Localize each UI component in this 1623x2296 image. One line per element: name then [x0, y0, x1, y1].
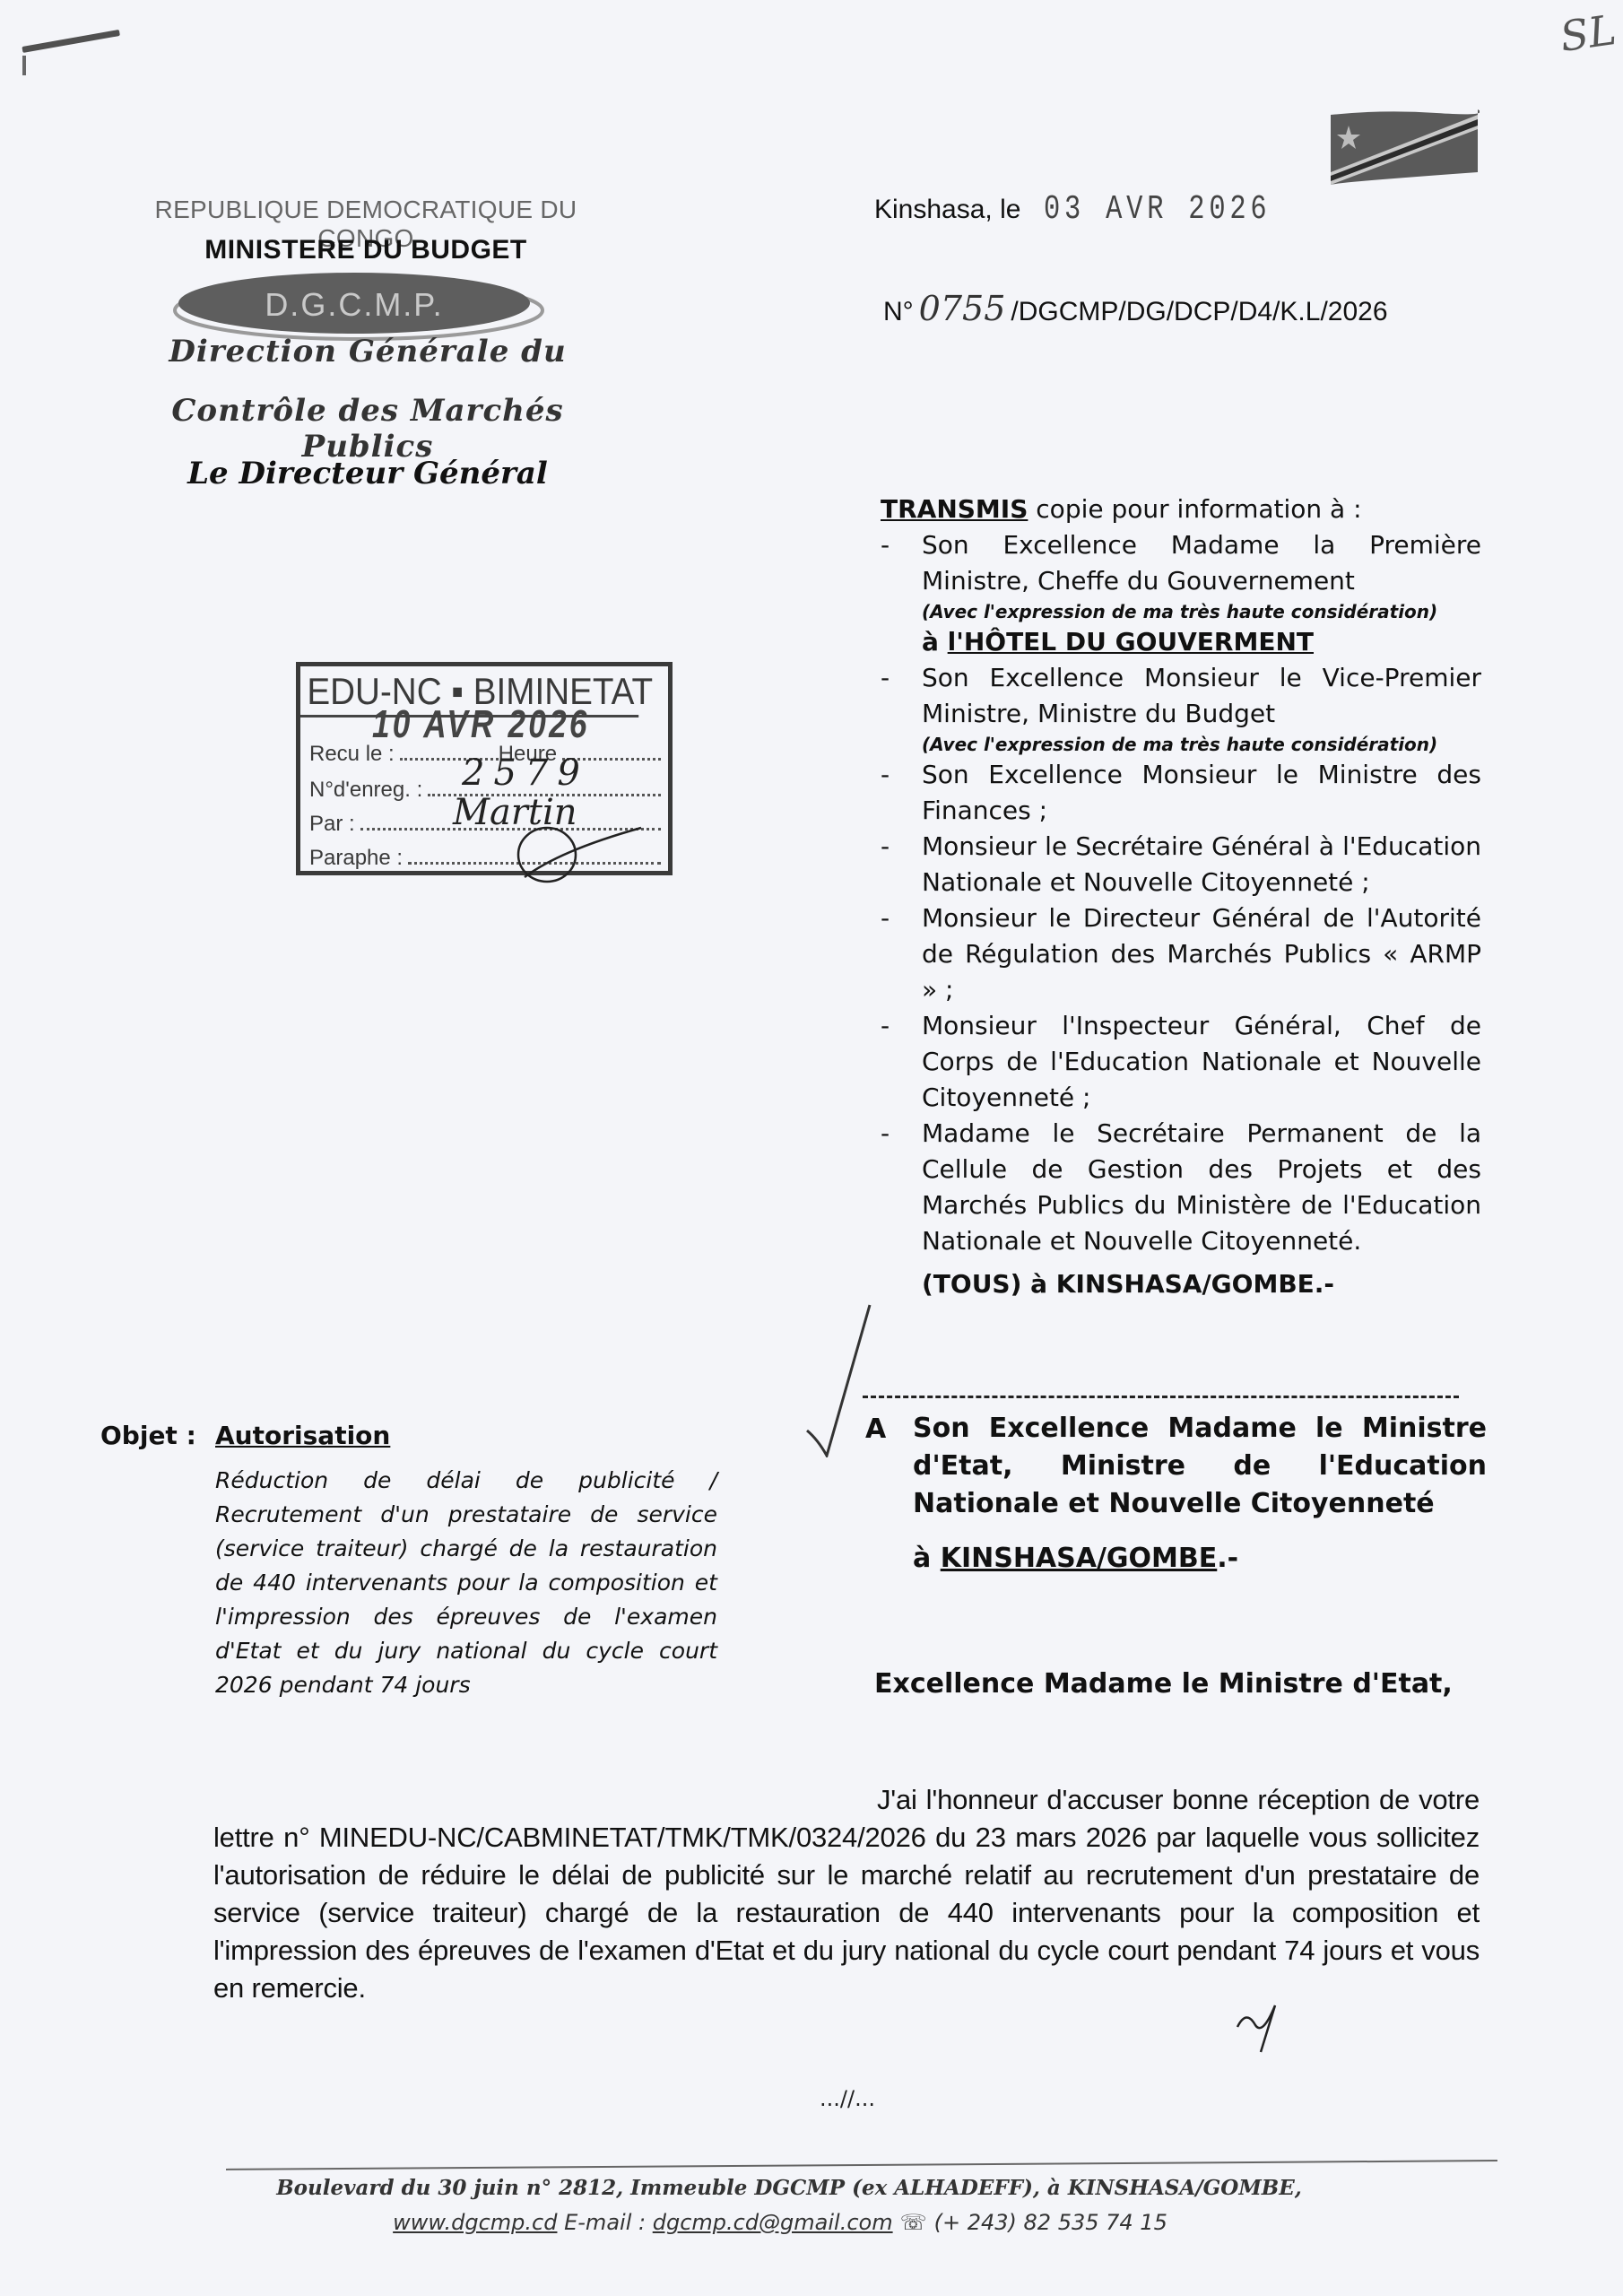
cc-recipient-note: (Avec l'expression de ma très haute cons…	[922, 732, 1481, 757]
stamp-label: Recu le :	[309, 742, 395, 767]
addressee-label: A	[865, 1413, 886, 1445]
cc-recipient: Monsieur le Secrétaire Général à l'Educa…	[881, 829, 1481, 900]
reference-prefix: N°	[883, 297, 914, 326]
cc-recipient-address: à l'HÔTEL DU GOUVERMENT	[922, 624, 1481, 660]
subject-text: Réduction de délai de publicité / Recrut…	[215, 1464, 717, 1702]
address-prefix: à	[922, 627, 948, 657]
separator-line	[863, 1396, 1459, 1398]
cc-recipient-text: Son Excellence Monsieur le Vice-Premier …	[922, 663, 1481, 728]
reference-handwritten-number: 0755	[919, 289, 1006, 328]
continuation-mark: ...//...	[0, 2086, 1623, 2111]
cc-recipient-note: (Avec l'expression de ma très haute cons…	[922, 599, 1481, 624]
addressee: Son Excellence Madame le Ministre d'Etat…	[913, 1410, 1487, 1523]
reference-number: N°0755/DGCMP/DG/DCP/D4/K.L/2026	[883, 289, 1388, 328]
reference-suffix: /DGCMP/DG/DCP/D4/K.L/2026	[1011, 297, 1387, 326]
subject-label: Objet :	[100, 1421, 196, 1450]
directorate-line-1: Direction Générale du	[117, 334, 619, 370]
transmis-copy-list: TRANSMIS copie pour information à : Son …	[881, 491, 1481, 1302]
date-line: Kinshasa, le03 AVR 2026	[874, 190, 1328, 229]
transmis-label: TRANSMIS	[881, 494, 1028, 524]
addressee-city: à KINSHASA/GOMBE.-	[913, 1543, 1238, 1574]
footer-address: Boulevard du 30 juin n° 2812, Immeuble D…	[0, 2176, 1578, 2200]
transmis-closing: (TOUS) à KINSHASA/GOMBE.-	[881, 1266, 1481, 1302]
transmis-lead-text: copie pour information à :	[1028, 494, 1361, 524]
footer-contacts: www.dgcmp.cd E-mail : dgcmp.cd@gmail.com…	[0, 2210, 1560, 2235]
phone-icon: ☏	[900, 2210, 927, 2235]
date-stamp: 03 AVR 2026	[1044, 190, 1271, 229]
stamp-paraphe-signature	[507, 814, 650, 886]
phone-number: (+ 243) 82 535 74 15	[934, 2210, 1167, 2235]
website-link[interactable]: www.dgcmp.cd	[393, 2210, 557, 2235]
handwritten-corner-mark: SL	[1558, 5, 1619, 61]
city-suffix: .-	[1217, 1543, 1238, 1574]
cc-recipient: Monsieur le Directeur Général de l'Autor…	[881, 900, 1481, 1008]
body-paragraph: J'ai l'honneur d'accuser bonne réception…	[213, 1781, 1480, 2007]
salutation: Excellence Madame le Ministre d'Etat,	[874, 1665, 1484, 1704]
transmis-lead: TRANSMIS copie pour information à :	[881, 491, 1481, 527]
cc-recipient: Son Excellence Monsieur le Ministre des …	[881, 757, 1481, 829]
stamp-label: Paraphe :	[309, 846, 403, 871]
date-prefix: Kinshasa, le	[874, 195, 1020, 224]
paraphe-signature	[1236, 2000, 1298, 2054]
address-text: l'HÔTEL DU GOUVERMENT	[948, 627, 1314, 657]
email-label: E-mail :	[564, 2210, 646, 2235]
stamp-registration-number: 2579	[462, 752, 589, 794]
staple-mark	[22, 30, 120, 53]
svg-text:D.G.C.M.P.: D.G.C.M.P.	[265, 286, 443, 323]
cc-recipient: Son Excellence Monsieur le Vice-Premier …	[881, 660, 1481, 757]
stamp-date: 10 AVR 2026	[372, 702, 590, 747]
city-prefix: à	[913, 1543, 941, 1574]
reception-stamp: EDU-NC ▪ BIMINETAT 10 AVR 2026 Recu le :…	[296, 662, 673, 875]
dgcmp-logo: D.G.C.M.P.	[170, 271, 547, 341]
body-text: J'ai l'honneur d'accuser bonne réception…	[213, 1784, 1480, 2004]
staple-mark-leg	[22, 56, 26, 75]
cc-recipient-text: Son Excellence Madame la Première Minist…	[922, 530, 1481, 596]
directorate-line-2: Contrôle des Marchés Publics	[117, 393, 619, 465]
footer-divider	[226, 2160, 1497, 2170]
subject-title: Autorisation	[215, 1421, 390, 1450]
cc-recipient: Madame le Secrétaire Permanent de la Cel…	[881, 1116, 1481, 1259]
city-name: KINSHASA/GOMBE	[941, 1543, 1218, 1574]
cc-recipient: Monsieur l'Inspecteur Général, Chef de C…	[881, 1008, 1481, 1116]
stamp-label: Par :	[309, 812, 355, 837]
stamp-label: N°d'enreg. :	[309, 778, 422, 803]
drc-flag-icon	[1329, 109, 1480, 185]
ministry-name: MINISTERE DU BUDGET	[106, 235, 626, 265]
email-link[interactable]: dgcmp.cd@gmail.com	[653, 2210, 893, 2235]
signatory-title: Le Directeur Général	[117, 456, 619, 491]
cc-recipient: Son Excellence Madame la Première Minist…	[881, 527, 1481, 660]
